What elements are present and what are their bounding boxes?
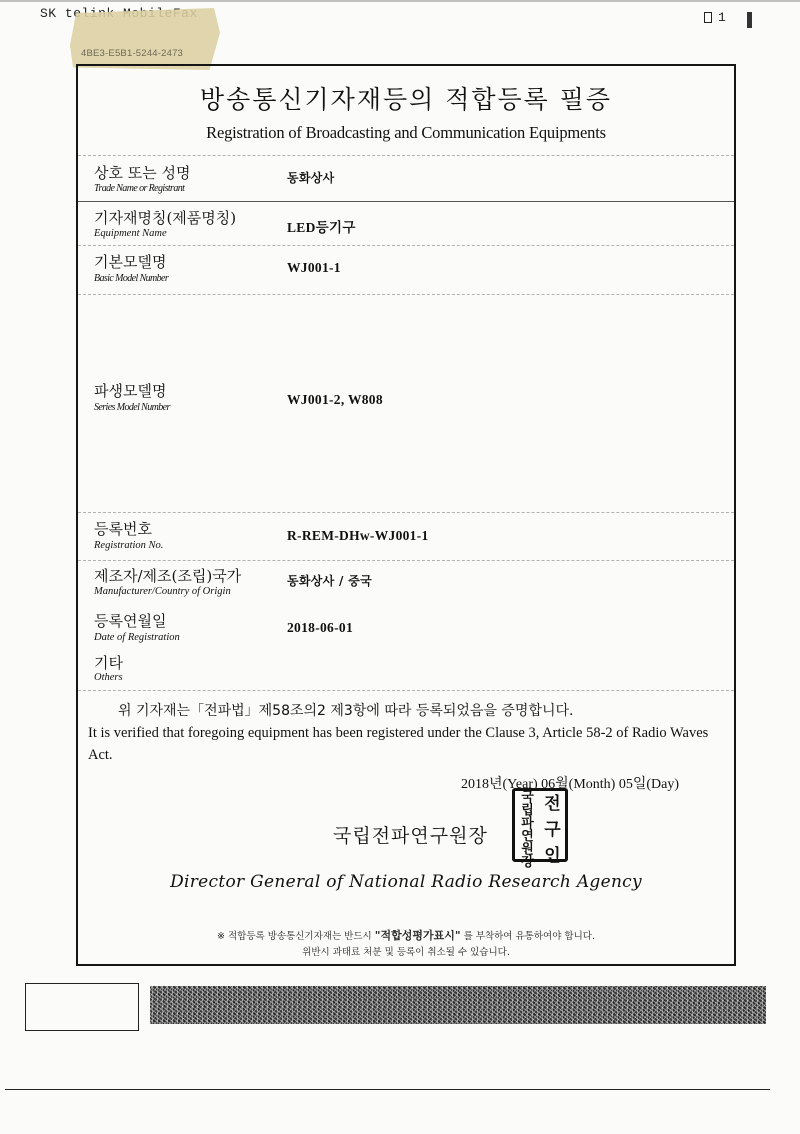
basic-model-value: WJ001-1 [287, 260, 341, 276]
director-title-en: Director General of National Radio Resea… [78, 872, 734, 892]
row-divider [78, 512, 734, 513]
statement-en: It is verified that foregoing equipment … [88, 722, 718, 766]
field-label-en: Manufacturer/Country of Origin [94, 586, 231, 597]
official-seal-icon: 국립 전 파연 구 원장 인 [512, 788, 568, 862]
field-label-ko: 제조자/제조(조립)국가 [94, 565, 241, 586]
statement-ko: 위 기자재는「전파법」제58조의2 제3항에 따라 등록되었음을 증명합니다. [118, 700, 573, 720]
seal-char: 원장 [515, 843, 540, 869]
field-label-ko: 기타 [94, 652, 123, 673]
seal-char: 파연 [515, 817, 540, 843]
field-label-en: Registration No. [94, 540, 163, 551]
page-indicator: 1 [704, 10, 726, 25]
field-label-ko: 기자재명칭(제품명칭) [94, 207, 236, 228]
field-label-ko: 파생모델명 [94, 380, 166, 401]
seal-char: 인 [544, 848, 560, 865]
notice-emphasis: "적합성평가표시" [375, 929, 461, 942]
manufacturer-value: 동화상사 / 중국 [287, 572, 372, 589]
adhesive-tape [70, 8, 220, 70]
edge-mark [747, 12, 752, 28]
field-label-en: Others [94, 672, 123, 683]
registration-date-value: 2018-06-01 [287, 620, 353, 636]
row-divider [78, 690, 734, 691]
field-label-en: Basic Model Number [94, 273, 168, 284]
field-label-en: Equipment Name [94, 228, 167, 239]
issue-date: 2018년(Year) 06월(Month) 05일(Day) [461, 773, 679, 793]
certificate-title-ko: 방송통신기자재등의 적합등록 필증 [78, 80, 734, 116]
document-icon [704, 12, 712, 23]
field-label-ko: 상호 또는 성명 [94, 162, 190, 183]
redacted-noise-bar [150, 986, 766, 1024]
trade-name-value: 동화상사 [287, 169, 335, 186]
series-model-value: WJ001-2, W808 [287, 392, 383, 408]
notice-suffix: 를 부착하여 유통하여야 합니다. [461, 931, 595, 942]
director-title-ko: 국립전파연구원장 [333, 821, 488, 848]
field-label-ko: 등록번호 [94, 518, 152, 539]
bottom-rule [5, 1089, 770, 1090]
row-divider [78, 201, 734, 202]
tape-id: 4BE3-E5B1-5244-2473 [81, 48, 183, 59]
blank-box [25, 983, 139, 1031]
field-label-en: Series Model Number [94, 402, 170, 413]
row-divider [78, 294, 734, 295]
registration-number-value: R-REM-DHw-WJ001-1 [287, 528, 429, 544]
row-divider [78, 245, 734, 246]
notice-line-2: 위반시 과태료 처분 및 등록이 취소될 수 있습니다. [78, 945, 734, 961]
notice-prefix: ※ 적합등록 방송통신기자재는 반드시 [217, 931, 375, 942]
certificate-box: 방송통신기자재등의 적합등록 필증 Registration of Broadc… [76, 64, 736, 966]
field-label-ko: 기본모델명 [94, 251, 166, 272]
row-divider [78, 560, 734, 561]
seal-char: 전 [544, 796, 560, 813]
seal-char: 국립 [515, 791, 540, 817]
seal-char: 구 [544, 822, 560, 839]
field-label-en: Date of Registration [94, 632, 180, 643]
fax-top-edge [0, 0, 800, 2]
notice-line-1: ※ 적합등록 방송통신기자재는 반드시 "적합성평가표시" 를 부착하여 유통하… [78, 928, 734, 945]
equipment-name-value: LED등기구 [287, 216, 356, 236]
notice: ※ 적합등록 방송통신기자재는 반드시 "적합성평가표시" 를 부착하여 유통하… [78, 928, 734, 961]
field-label-ko: 등록연월일 [94, 610, 166, 631]
page-number: 1 [718, 10, 726, 25]
certificate-title-en: Registration of Broadcasting and Communi… [78, 123, 734, 143]
row-divider [78, 155, 734, 156]
field-label-en: Trade Name or Registrant [94, 183, 184, 194]
